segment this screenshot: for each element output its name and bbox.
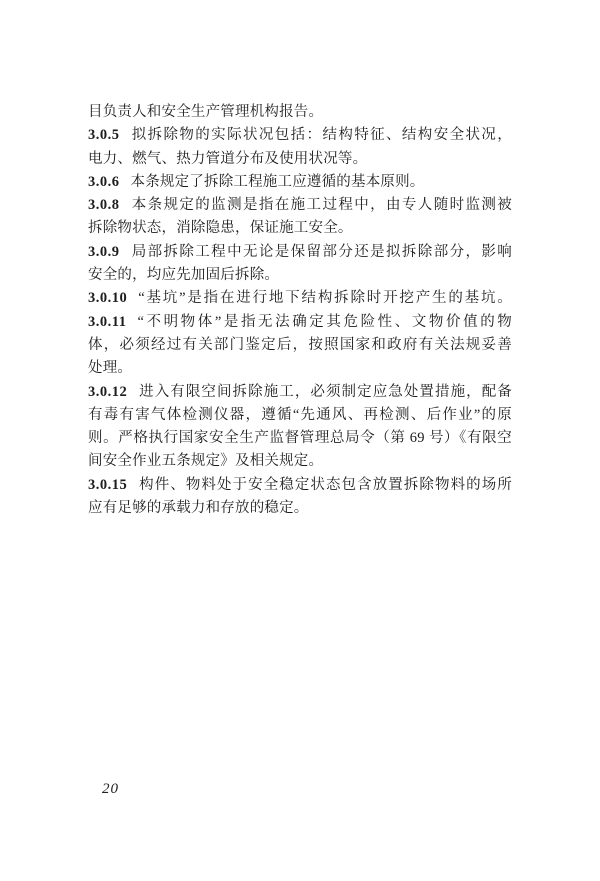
text-line: 3.0.6本条规定了拆除工程施工应遵循的基本原则。	[88, 171, 512, 194]
text-line: 3.0.8本条规定的监测是指在施工过程中，由专人随时监测被	[88, 194, 512, 217]
text-line: 3.0.12进入有限空间拆除施工，必须制定应急处置措施，配备	[88, 381, 512, 404]
text-line: 体，必须经过有关部门鉴定后，按照国家和政府有关法规妥善	[88, 334, 512, 357]
text-line: 应有足够的承载力和存放的稳定。	[88, 497, 512, 520]
text-line: 拆除物状态，消除隐患，保证施工安全。	[88, 217, 512, 240]
clause-text: 本条规定的监测是指在施工过程中，由专人随时监测被	[131, 197, 513, 213]
clause-text: 构件、物料处于安全稳定状态包含放置拆除物料的场所	[138, 477, 512, 493]
clause-number: 3.0.9	[88, 244, 131, 260]
clause-text: 拟拆除物的实际状况包括：结构特征、结构安全状况，	[131, 127, 513, 143]
text-line: 有毒有害气体检测仪器，遵循“先通风、再检测、后作业”的原	[88, 404, 512, 427]
clause-text: 电力、燃气、热力管道分布及使用状况等。	[88, 151, 367, 167]
text-line: 3.0.15构件、物料处于安全稳定状态包含放置拆除物料的场所	[88, 474, 512, 497]
clause-number: 3.0.15	[88, 477, 138, 493]
clause-number: 3.0.12	[88, 384, 138, 400]
page-number: 20	[102, 781, 119, 798]
document-page: 目负责人和安全生产管理机构报告。3.0.5拟拆除物的实际状况包括：结构特征、结构…	[0, 0, 600, 881]
clause-text: 目负责人和安全生产管理机构报告。	[88, 104, 323, 120]
text-line: 3.0.5拟拆除物的实际状况包括：结构特征、结构安全状况，	[88, 124, 512, 147]
clause-number: 3.0.10	[88, 290, 138, 306]
clause-number: 3.0.8	[88, 197, 131, 213]
text-line: 3.0.10“基坑”是指在进行地下结构拆除时开挖产生的基坑。	[88, 287, 512, 310]
clause-text: “不明物体”是指无法确定其危险性、文物价值的物	[137, 314, 512, 330]
clause-text: 安全的，均应先加固后拆除。	[88, 267, 279, 283]
clause-text: 间安全作业五条规定》及相关规定。	[88, 453, 323, 469]
clause-text: 进入有限空间拆除施工，必须制定应急处置措施，配备	[138, 384, 512, 400]
text-line: 安全的，均应先加固后拆除。	[88, 264, 512, 287]
clause-text: 拆除物状态，消除隐患，保证施工安全。	[88, 220, 353, 236]
text-line: 3.0.11“不明物体”是指无法确定其危险性、文物价值的物	[88, 311, 512, 334]
text-line: 处理。	[88, 357, 512, 380]
clause-text: 有毒有害气体检测仪器，遵循“先通风、再检测、后作业”的原	[88, 407, 512, 423]
body-text-block: 目负责人和安全生产管理机构报告。3.0.5拟拆除物的实际状况包括：结构特征、结构…	[88, 101, 512, 520]
clause-text: 体，必须经过有关部门鉴定后，按照国家和政府有关法规妥善	[88, 337, 512, 353]
clause-number: 3.0.5	[88, 127, 131, 143]
clause-number: 3.0.11	[88, 314, 137, 330]
text-line: 3.0.9局部拆除工程中无论是保留部分还是拟拆除部分，影响	[88, 241, 512, 264]
clause-text: “基坑”是指在进行地下结构拆除时开挖产生的基坑。	[138, 290, 512, 306]
clause-text: 则。严格执行国家安全生产监督管理总局令（第 69 号）《有限空	[88, 430, 512, 446]
clause-text: 处理。	[88, 360, 132, 376]
text-line: 则。严格执行国家安全生产监督管理总局令（第 69 号）《有限空	[88, 427, 512, 450]
text-line: 电力、燃气、热力管道分布及使用状况等。	[88, 148, 512, 171]
text-line: 目负责人和安全生产管理机构报告。	[88, 101, 512, 124]
clause-text: 应有足够的承载力和存放的稳定。	[88, 500, 309, 516]
clause-text: 局部拆除工程中无论是保留部分还是拟拆除部分，影响	[131, 244, 513, 260]
clause-text: 本条规定了拆除工程施工应遵循的基本原则。	[131, 174, 425, 190]
text-line: 间安全作业五条规定》及相关规定。	[88, 450, 512, 473]
clause-number: 3.0.6	[88, 174, 131, 190]
